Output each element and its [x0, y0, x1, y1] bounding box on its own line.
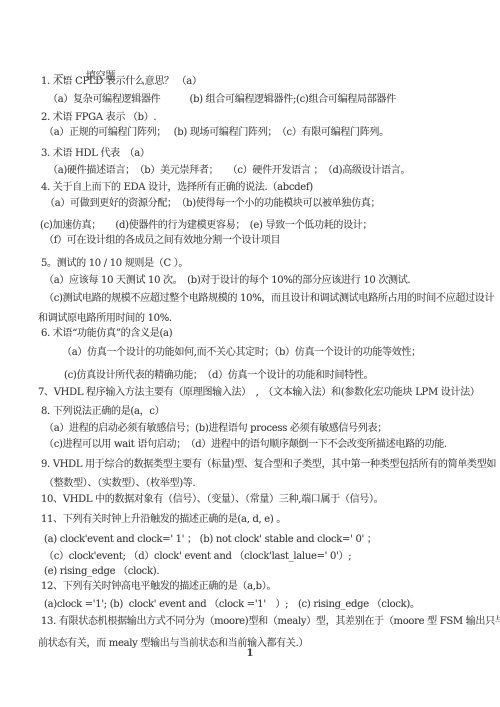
question-3: 3. 术语 HDL 代表 （a）	[41, 148, 150, 160]
question-8-options-ab: （a）进程的启动必须有敏感信号；(b)进程语句 process 必须有敏感信号列…	[44, 423, 387, 435]
question-6-options-cd: (c)仿真设计所代表的精确功能； （d）仿真一个设计的功能和时间特性。	[64, 370, 373, 382]
question-10: 10、VHDL 中的数据对象有（信号）、（变量）、（常量）三种,端口属于（信号）…	[41, 494, 383, 506]
question-5-options-ab: （a）应该每 10 天测试 10 次。 (b)对于设计的每个 10%的部分应该进…	[44, 275, 410, 287]
exam-page: 一、填空题 1. 术语 CPLD 表示什么意思？ （a） （a）复杂可编程逻辑器…	[0, 0, 500, 707]
question-7: 7、VHDL 程序输入方法主要有（原理图输入法） , （文本输入法）和(参数化宏…	[38, 387, 480, 399]
question-4-options-ab: （a）可做到更好的资源分配； （b)使得每一个小的功能模块可以被单独仿真；	[45, 198, 380, 210]
question-12: 12、下列有关时钟高电平触发的描述正确的是（a,b）。	[41, 581, 276, 593]
question-1: 1. 术语 CPLD 表示什么意思？ （a）	[41, 76, 202, 88]
question-4: 4. 关于自上而下的 EDA 设计，选择所有正确的说法.（abcdef)	[41, 182, 313, 194]
question-11-options-ab: (a) clock'event and clock=' 1' ； (b) not…	[44, 534, 377, 546]
question-6: 6. 术语“功能仿真”的含义是(a)	[41, 328, 172, 340]
question-8: 8. 下列说法正确的是(a，c）	[41, 406, 164, 418]
question-5: 5。测试的 10 / 10 规则是（C ）。	[41, 258, 188, 270]
question-11-options-cd: （c）clock'event; （d）clock' event and （clo…	[44, 551, 351, 563]
question-13: 13. 有限状态机根据输出方式不同分为（moore)型和（mealy）型，其差别…	[41, 616, 500, 628]
question-1-options: （a）复杂可编程逻辑器件 (b) 组合可编程逻辑器件;(c)组合可编程局部器件	[48, 94, 396, 106]
question-2-options: （a）正规的可编程门阵列； (b) 现场可编程门阵列； （c）有限可编程门阵列。	[44, 127, 389, 139]
question-2: 2. 术语 FPGA 表示 （b）.	[41, 112, 156, 124]
question-6-options-ab: （a）仿真一个设计的功能如何,而不关心其定时；（b）仿真一个设计的功能等效性；	[62, 347, 421, 359]
question-11-option-e: (e) rising_edge （clock).	[44, 566, 159, 578]
question-12-options: (a)clock ='1'; (b) clock' event and （clo…	[44, 599, 420, 611]
question-5-option-c-cont: 和调试原电路所用时间的 10%.	[38, 313, 172, 325]
question-4-option-f: （f）可在设计组的各成员之间有效地分割一个设计项目	[44, 235, 280, 247]
page-number: 1	[0, 648, 500, 659]
question-4-options-cde: (c)加速仿真； (d)使器件的行为建模更容易； (e) 导致一个低功耗的设计；	[40, 220, 372, 232]
question-9: 9. VHDL 用于综合的数据类型主要有（标量)型、复合型和子类型，其中第一种类…	[41, 459, 496, 471]
question-5-option-c: （c)测试电路的规模不应超过整个电路规模的 10%，而且设计和调试测试电路所占用…	[44, 293, 494, 305]
question-3-options: （a)硬件描述语言； （b）美元崇拜者； （c）硬件开发语言 ； （d)高级设计…	[48, 165, 410, 177]
question-11: 11、下列有关时钟上升沿触发的描述正确的是(a, d, e) 。	[41, 514, 286, 526]
question-8-options-cd: （c)进程可以用 wait 语句启动； （d）进程中的语句顺序颠倒一下不会改变所…	[44, 439, 447, 451]
question-9-cont: （整数型）、（实数型）、（枚举型)等.	[44, 478, 195, 490]
